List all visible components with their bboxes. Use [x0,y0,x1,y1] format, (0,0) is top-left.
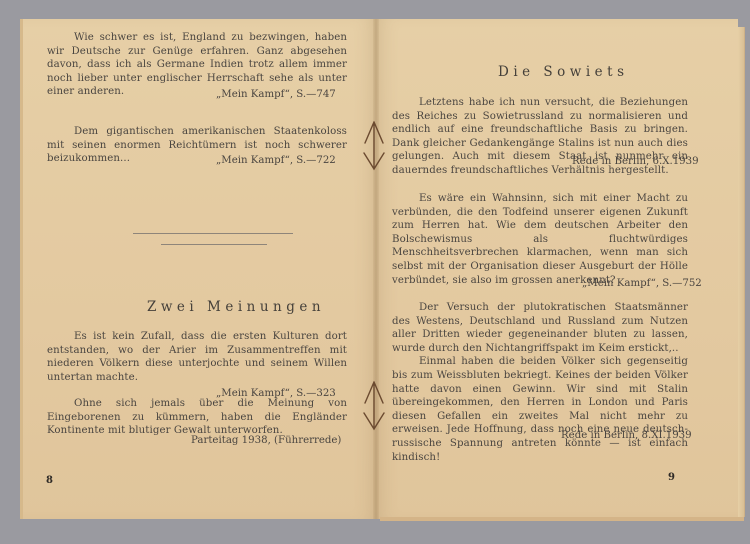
page-edges [738,27,745,517]
quote-citation: Rede in Berlin, 8.XI.1939 [561,429,692,442]
page-number: 9 [668,472,675,483]
section-heading-zwei-meinungen: Zwei Meinungen [147,299,325,315]
divider-line [133,233,293,234]
divider-line-short [161,244,267,245]
left-page: Wie schwer es ist, England zu bezwingen,… [20,19,376,519]
thread-stitch-icon [357,119,391,173]
open-booklet: Wie schwer es ist, England zu bezwingen,… [20,19,747,521]
quote-bolschewismus: Es wäre ein Wahnsinn, sich mit einer Mac… [392,192,688,287]
book-spine [373,19,379,519]
quote-paragraph: Der Versuch der plutokratischen Staatsmä… [392,301,688,355]
quote-kulturen: Es ist kein Zufall, dass die ersten Kult… [47,330,347,384]
page-number: 8 [46,475,53,486]
section-heading-die-sowiets: Die Sowiets [498,64,629,80]
quote-citation: „Mein Kampf“, S.—752 [582,277,702,290]
quote-text: Ohne sich jemals über die Meinung von Ei… [47,397,347,438]
quote-citation: „Mein Kampf“, S.—722 [216,154,336,167]
thread-stitch-icon [357,379,391,433]
quote-citation: Parteitag 1938, (Führerrede) [191,434,341,447]
bottom-page-edges [380,517,744,521]
quote-text: Es wäre ein Wahnsinn, sich mit einer Mac… [392,192,688,287]
right-page: Die Sowiets Letztens habe ich nun versuc… [376,19,738,519]
quote-text: Es ist kein Zufall, dass die ersten Kult… [47,330,347,384]
quote-paragraph: Einmal haben die beiden Völker sich gege… [392,355,688,464]
quote-citation: „Mein Kampf“, S.—747 [216,88,336,101]
quote-citation: Rede in Berlin, 6.X.1939 [572,155,699,168]
quote-englaender: Ohne sich jemals über die Meinung von Ei… [47,397,347,438]
